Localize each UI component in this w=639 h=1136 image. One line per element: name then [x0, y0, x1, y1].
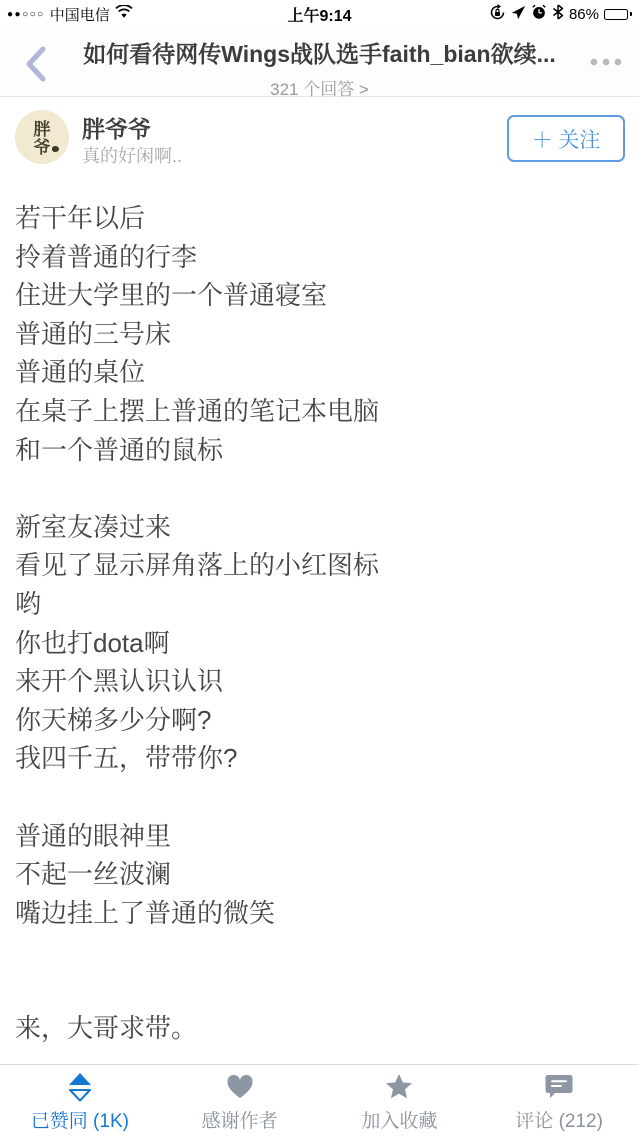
- upvote-downvote-icon: [67, 1071, 93, 1103]
- action-bar: 已赞同 (1K) 感谢作者 加入收藏 评论 (212): [0, 1064, 639, 1136]
- star-icon: [385, 1071, 413, 1103]
- author-name[interactable]: 胖爷爷: [82, 111, 151, 144]
- answer-line: 你天梯多少分啊?: [15, 701, 629, 740]
- answer-line: 你也打dota啊: [15, 624, 629, 663]
- thank-author-button[interactable]: 感谢作者: [160, 1065, 320, 1136]
- chevron-left-icon: [25, 46, 47, 82]
- comments-label: 评论 (212): [515, 1106, 603, 1133]
- orientation-lock-icon: [489, 4, 506, 25]
- add-to-favorites-button[interactable]: 加入收藏: [320, 1065, 480, 1136]
- answer-line: 普通的桌位: [15, 353, 629, 392]
- comment-icon: [545, 1071, 573, 1103]
- answer-line: 若干年以后: [15, 199, 629, 238]
- wifi-icon: [115, 5, 133, 23]
- carrier-label: 中国电信: [50, 4, 110, 25]
- answer-line: 不起一丝波澜: [15, 855, 629, 894]
- answer-line: 看见了显示屏角落上的小红图标: [15, 546, 629, 585]
- answer-line: 我四千五，带带你?: [15, 739, 629, 778]
- bluetooth-icon: [552, 4, 564, 24]
- upvote-button[interactable]: 已赞同 (1K): [0, 1065, 160, 1136]
- follow-button-label: ＋ 关注: [532, 124, 601, 154]
- answer-line: [15, 469, 629, 508]
- answer-line: 拎着普通的行李: [15, 238, 629, 277]
- answer-line: 在桌子上摆上普通的笔记本电脑: [15, 392, 629, 431]
- heart-icon: [226, 1071, 254, 1103]
- location-arrow-icon: [511, 5, 526, 24]
- zhihu-answer-screen: 上午9:14 ●●○○○ 中国电信 86%: [0, 0, 639, 1136]
- answer-line: 和一个普通的鼠标: [15, 431, 629, 470]
- answer-line: 来开个黑认识认识: [15, 662, 629, 701]
- answer-line: 普通的三号床: [15, 315, 629, 354]
- answer-line: 来，大哥求带。: [15, 1009, 629, 1048]
- back-button[interactable]: [18, 42, 54, 86]
- avatar-seal-mark: [52, 146, 59, 152]
- more-options-button[interactable]: [589, 54, 623, 71]
- question-header: 如何看待网传Wings战队选手faith_bian欲续... 321 个回答 >: [0, 28, 639, 97]
- alarm-icon: [531, 4, 547, 24]
- battery-icon: [604, 9, 632, 20]
- answer-line: 新室友凑过来: [15, 508, 629, 547]
- upvote-label: 已赞同 (1K): [31, 1106, 129, 1133]
- signal-strength-icon: ●●○○○: [7, 9, 45, 20]
- answer-line: [15, 971, 629, 1010]
- question-title[interactable]: 如何看待网传Wings战队选手faith_bian欲续...: [0, 36, 639, 69]
- avatar[interactable]: 胖 爷: [15, 110, 69, 164]
- answer-line: 哟: [15, 585, 629, 624]
- author-bio: 真的好闲啊..: [82, 142, 182, 168]
- answer-line: 嘴边挂上了普通的微笑: [15, 894, 629, 933]
- comments-button[interactable]: 评论 (212): [479, 1065, 639, 1136]
- answer-line: [15, 932, 629, 971]
- answer-line: 普通的眼神里: [15, 817, 629, 856]
- ellipsis-icon: [589, 57, 623, 67]
- thank-author-label: 感谢作者: [202, 1106, 278, 1133]
- answer-body: 若干年以后 拎着普通的行李 住进大学里的一个普通寝室 普通的三号床 普通的桌位 …: [15, 199, 629, 1048]
- battery-percent-label: 86%: [569, 6, 599, 23]
- author-row: 胖 爷 胖爷爷 真的好闲啊.. ＋ 关注: [0, 97, 639, 181]
- answer-line: 住进大学里的一个普通寝室: [15, 276, 629, 315]
- answer-line: [15, 778, 629, 817]
- add-to-favorites-label: 加入收藏: [361, 1106, 437, 1133]
- avatar-char-2: 爷: [34, 140, 51, 158]
- follow-button[interactable]: ＋ 关注: [507, 115, 625, 162]
- status-bar: 上午9:14 ●●○○○ 中国电信 86%: [0, 0, 639, 28]
